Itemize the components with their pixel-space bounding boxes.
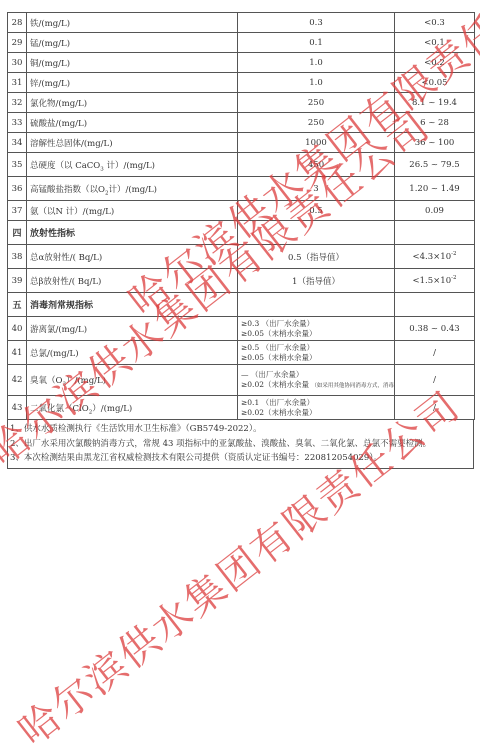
limit-value: 1.0 — [238, 73, 395, 93]
limit-line: — （出厂水余量） — [241, 370, 391, 380]
table-row: 36 高锰酸盐指数（以O2计）/(mg/L) 3 1.20 ~ 1.49 — [8, 177, 475, 201]
table-row: 40 游离氯/(mg/L) ≥0.3 （出厂水余量） ≥0.05（末梢水余量） … — [8, 317, 475, 341]
row-number: 40 — [8, 317, 27, 341]
indicator-name: 游离氯/(mg/L) — [27, 317, 238, 341]
section-header-radioactivity: 四 放射性指标 — [8, 221, 475, 245]
limit-value: 450 — [238, 153, 395, 177]
test-result: 0.09 — [395, 201, 475, 221]
indicator-name: 氨（以N 计）/(mg/L) — [27, 201, 238, 221]
limit-line: ≥0.02（末梢水余量） — [241, 408, 391, 418]
limit-line: ≥0.02（末梢水余量 — [241, 380, 309, 389]
table-row: 28 铁/(mg/L) 0.3 <0.3 — [8, 13, 475, 33]
indicator-name: 铜/(mg/L) — [27, 53, 238, 73]
row-number: 31 — [8, 73, 27, 93]
indicator-name-text: 二氧化氯（ClO — [30, 404, 89, 414]
row-number: 32 — [8, 93, 27, 113]
indicator-name: 铁/(mg/L) — [27, 13, 238, 33]
empty-cell — [238, 293, 395, 317]
table-row: 37 氨（以N 计）/(mg/L) 0.5 0.09 — [8, 201, 475, 221]
limit-value: 1000 — [238, 133, 395, 153]
test-result: / — [395, 341, 475, 365]
indicator-name-unit: ）/(mg/L) — [66, 376, 106, 386]
limit-value: 250 — [238, 93, 395, 113]
indicator-name: 硫酸盐/(mg/L) — [27, 113, 238, 133]
limit-line: ≥0.1 （出厂水余量） — [241, 398, 391, 408]
test-result: 36 ~ 100 — [395, 133, 475, 153]
limit-line: ≥0.5 （出厂水余量） — [241, 343, 391, 353]
note-item: 1、供水水质检测执行《生活饮用水卫生标准》（GB5749-2022）。 — [10, 422, 470, 437]
row-number: 37 — [8, 201, 27, 221]
indicator-name: 臭氧（O3）/(mg/L) — [27, 365, 238, 396]
limit-value: 0.5 — [238, 201, 395, 221]
empty-cell — [238, 221, 395, 245]
limit-line: ≥0.3 （出厂水余量） — [241, 319, 391, 329]
test-result: 26.5 ~ 79.5 — [395, 153, 475, 177]
indicator-name: 锌/(mg/L) — [27, 73, 238, 93]
test-result: <0.2 — [395, 53, 475, 73]
indicator-name-unit: 计）/(mg/L) — [104, 161, 155, 171]
row-number: 34 — [8, 133, 27, 153]
indicator-name-text: 臭氧（O — [30, 376, 62, 386]
limit-value: 0.5（指导值） — [238, 245, 395, 269]
note-item: 2、出厂水采用次氯酸钠消毒方式，常规 43 项指标中的亚氯酸盐、溴酸盐、臭氧、二… — [10, 437, 470, 452]
section-header-disinfectant: 五 消毒剂常规指标 — [8, 293, 475, 317]
empty-cell — [395, 221, 475, 245]
table-row: 39 总β放射性/( Bq/L) 1（指导值） <1.5×10-2 — [8, 269, 475, 293]
limit-line: ≥0.05（末梢水余量） — [241, 329, 391, 339]
row-number: 41 — [8, 341, 27, 365]
limit-value: 0.1 — [238, 33, 395, 53]
indicator-name-unit: ）/(mg/L) — [92, 404, 132, 414]
row-number: 43 — [8, 396, 27, 420]
indicator-name: 总氯/(mg/L) — [27, 341, 238, 365]
test-result: / — [395, 396, 475, 420]
indicator-name: 高锰酸盐指数（以O2计）/(mg/L) — [27, 177, 238, 201]
indicator-name: 总α放射性/( Bq/L) — [27, 245, 238, 269]
table-row: 41 总氯/(mg/L) ≥0.5 （出厂水余量） ≥0.05（末梢水余量） / — [8, 341, 475, 365]
test-result: <1.5×10-2 — [395, 269, 475, 293]
indicator-name: 二氧化氯（ClO2）/(mg/L) — [27, 396, 238, 420]
limit-value: ≥0.3 （出厂水余量） ≥0.05（末梢水余量） — [238, 317, 395, 341]
test-result: <4.3×10-2 — [395, 245, 475, 269]
table-row: 33 硫酸盐/(mg/L) 250 6 ~ 28 — [8, 113, 475, 133]
row-number: 29 — [8, 33, 27, 53]
limit-value: 250 — [238, 113, 395, 133]
section-title: 消毒剂常规指标 — [27, 293, 238, 317]
indicator-name-unit: 计）/(mg/L) — [108, 185, 157, 195]
section-number: 五 — [8, 293, 27, 317]
test-result: <0.1 — [395, 33, 475, 53]
table-row: 29 锰/(mg/L) 0.1 <0.1 — [8, 33, 475, 53]
row-number: 36 — [8, 177, 27, 201]
section-number: 四 — [8, 221, 27, 245]
table-row: 38 总α放射性/( Bq/L) 0.5（指导值） <4.3×10-2 — [8, 245, 475, 269]
table-row: 31 锌/(mg/L) 1.0 <0.05 — [8, 73, 475, 93]
limit-line: ≥0.05（末梢水余量） — [241, 353, 391, 363]
indicator-name: 总β放射性/( Bq/L) — [27, 269, 238, 293]
result-base: <1.5×10 — [413, 276, 452, 286]
section-title: 放射性指标 — [27, 221, 238, 245]
test-result: <0.3 — [395, 13, 475, 33]
limit-value: ≥0.1 （出厂水余量） ≥0.02（末梢水余量） — [238, 396, 395, 420]
test-result: 1.20 ~ 1.49 — [395, 177, 475, 201]
water-quality-report: 28 铁/(mg/L) 0.3 <0.3 29 锰/(mg/L) 0.1 <0.… — [7, 12, 474, 469]
table-row: 35 总硬度（以 CaCO3 计）/(mg/L) 450 26.5 ~ 79.5 — [8, 153, 475, 177]
note-item: 3、本次检测结果由黑龙江省权威检测技术有限公司提供（资质认定证书编号：22081… — [10, 451, 470, 466]
table-row: 43 二氧化氯（ClO2）/(mg/L) ≥0.1 （出厂水余量） ≥0.02（… — [8, 396, 475, 420]
indicator-name: 总硬度（以 CaCO3 计）/(mg/L) — [27, 153, 238, 177]
table-row: 42 臭氧（O3）/(mg/L) — （出厂水余量） ≥0.02（末梢水余量 （… — [8, 365, 475, 396]
row-number: 38 — [8, 245, 27, 269]
row-number: 28 — [8, 13, 27, 33]
limit-value: 3 — [238, 177, 395, 201]
row-number: 33 — [8, 113, 27, 133]
row-number: 30 — [8, 53, 27, 73]
test-result: <0.05 — [395, 73, 475, 93]
result-exponent: -2 — [451, 275, 456, 281]
indicator-name-text: 高锰酸盐指数（以O — [30, 185, 105, 195]
limit-value: — （出厂水余量） ≥0.02（末梢水余量 （如采用其他协同消毒方式，消毒剂限值… — [238, 365, 395, 396]
table-row: 32 氯化物/(mg/L) 250 8.1 ~ 19.4 — [8, 93, 475, 113]
test-result: 6 ~ 28 — [395, 113, 475, 133]
water-quality-table: 28 铁/(mg/L) 0.3 <0.3 29 锰/(mg/L) 0.1 <0.… — [7, 12, 475, 420]
table-row: 30 铜/(mg/L) 1.0 <0.2 — [8, 53, 475, 73]
notes-section: 1、供水水质检测执行《生活饮用水卫生标准》（GB5749-2022）。 2、出厂… — [7, 420, 474, 469]
test-result: 0.38 ~ 0.43 — [395, 317, 475, 341]
test-result: 8.1 ~ 19.4 — [395, 93, 475, 113]
result-exponent: -2 — [451, 251, 456, 257]
empty-cell — [395, 293, 475, 317]
limit-footnote: （如采用其他协同消毒方式，消毒剂限值及余量应满足相应要求） — [311, 383, 394, 389]
limit-value: ≥0.5 （出厂水余量） ≥0.05（末梢水余量） — [238, 341, 395, 365]
table-row: 34 溶解性总固体/(mg/L) 1000 36 ~ 100 — [8, 133, 475, 153]
indicator-name-text: 总硬度（以 CaCO — [30, 161, 100, 171]
limit-value: 1.0 — [238, 53, 395, 73]
limit-value: 1（指导值） — [238, 269, 395, 293]
indicator-name: 溶解性总固体/(mg/L) — [27, 133, 238, 153]
test-result: / — [395, 365, 475, 396]
row-number: 42 — [8, 365, 27, 396]
indicator-name: 氯化物/(mg/L) — [27, 93, 238, 113]
row-number: 35 — [8, 153, 27, 177]
row-number: 39 — [8, 269, 27, 293]
limit-value: 0.3 — [238, 13, 395, 33]
indicator-name: 锰/(mg/L) — [27, 33, 238, 53]
result-base: <4.3×10 — [413, 252, 452, 262]
